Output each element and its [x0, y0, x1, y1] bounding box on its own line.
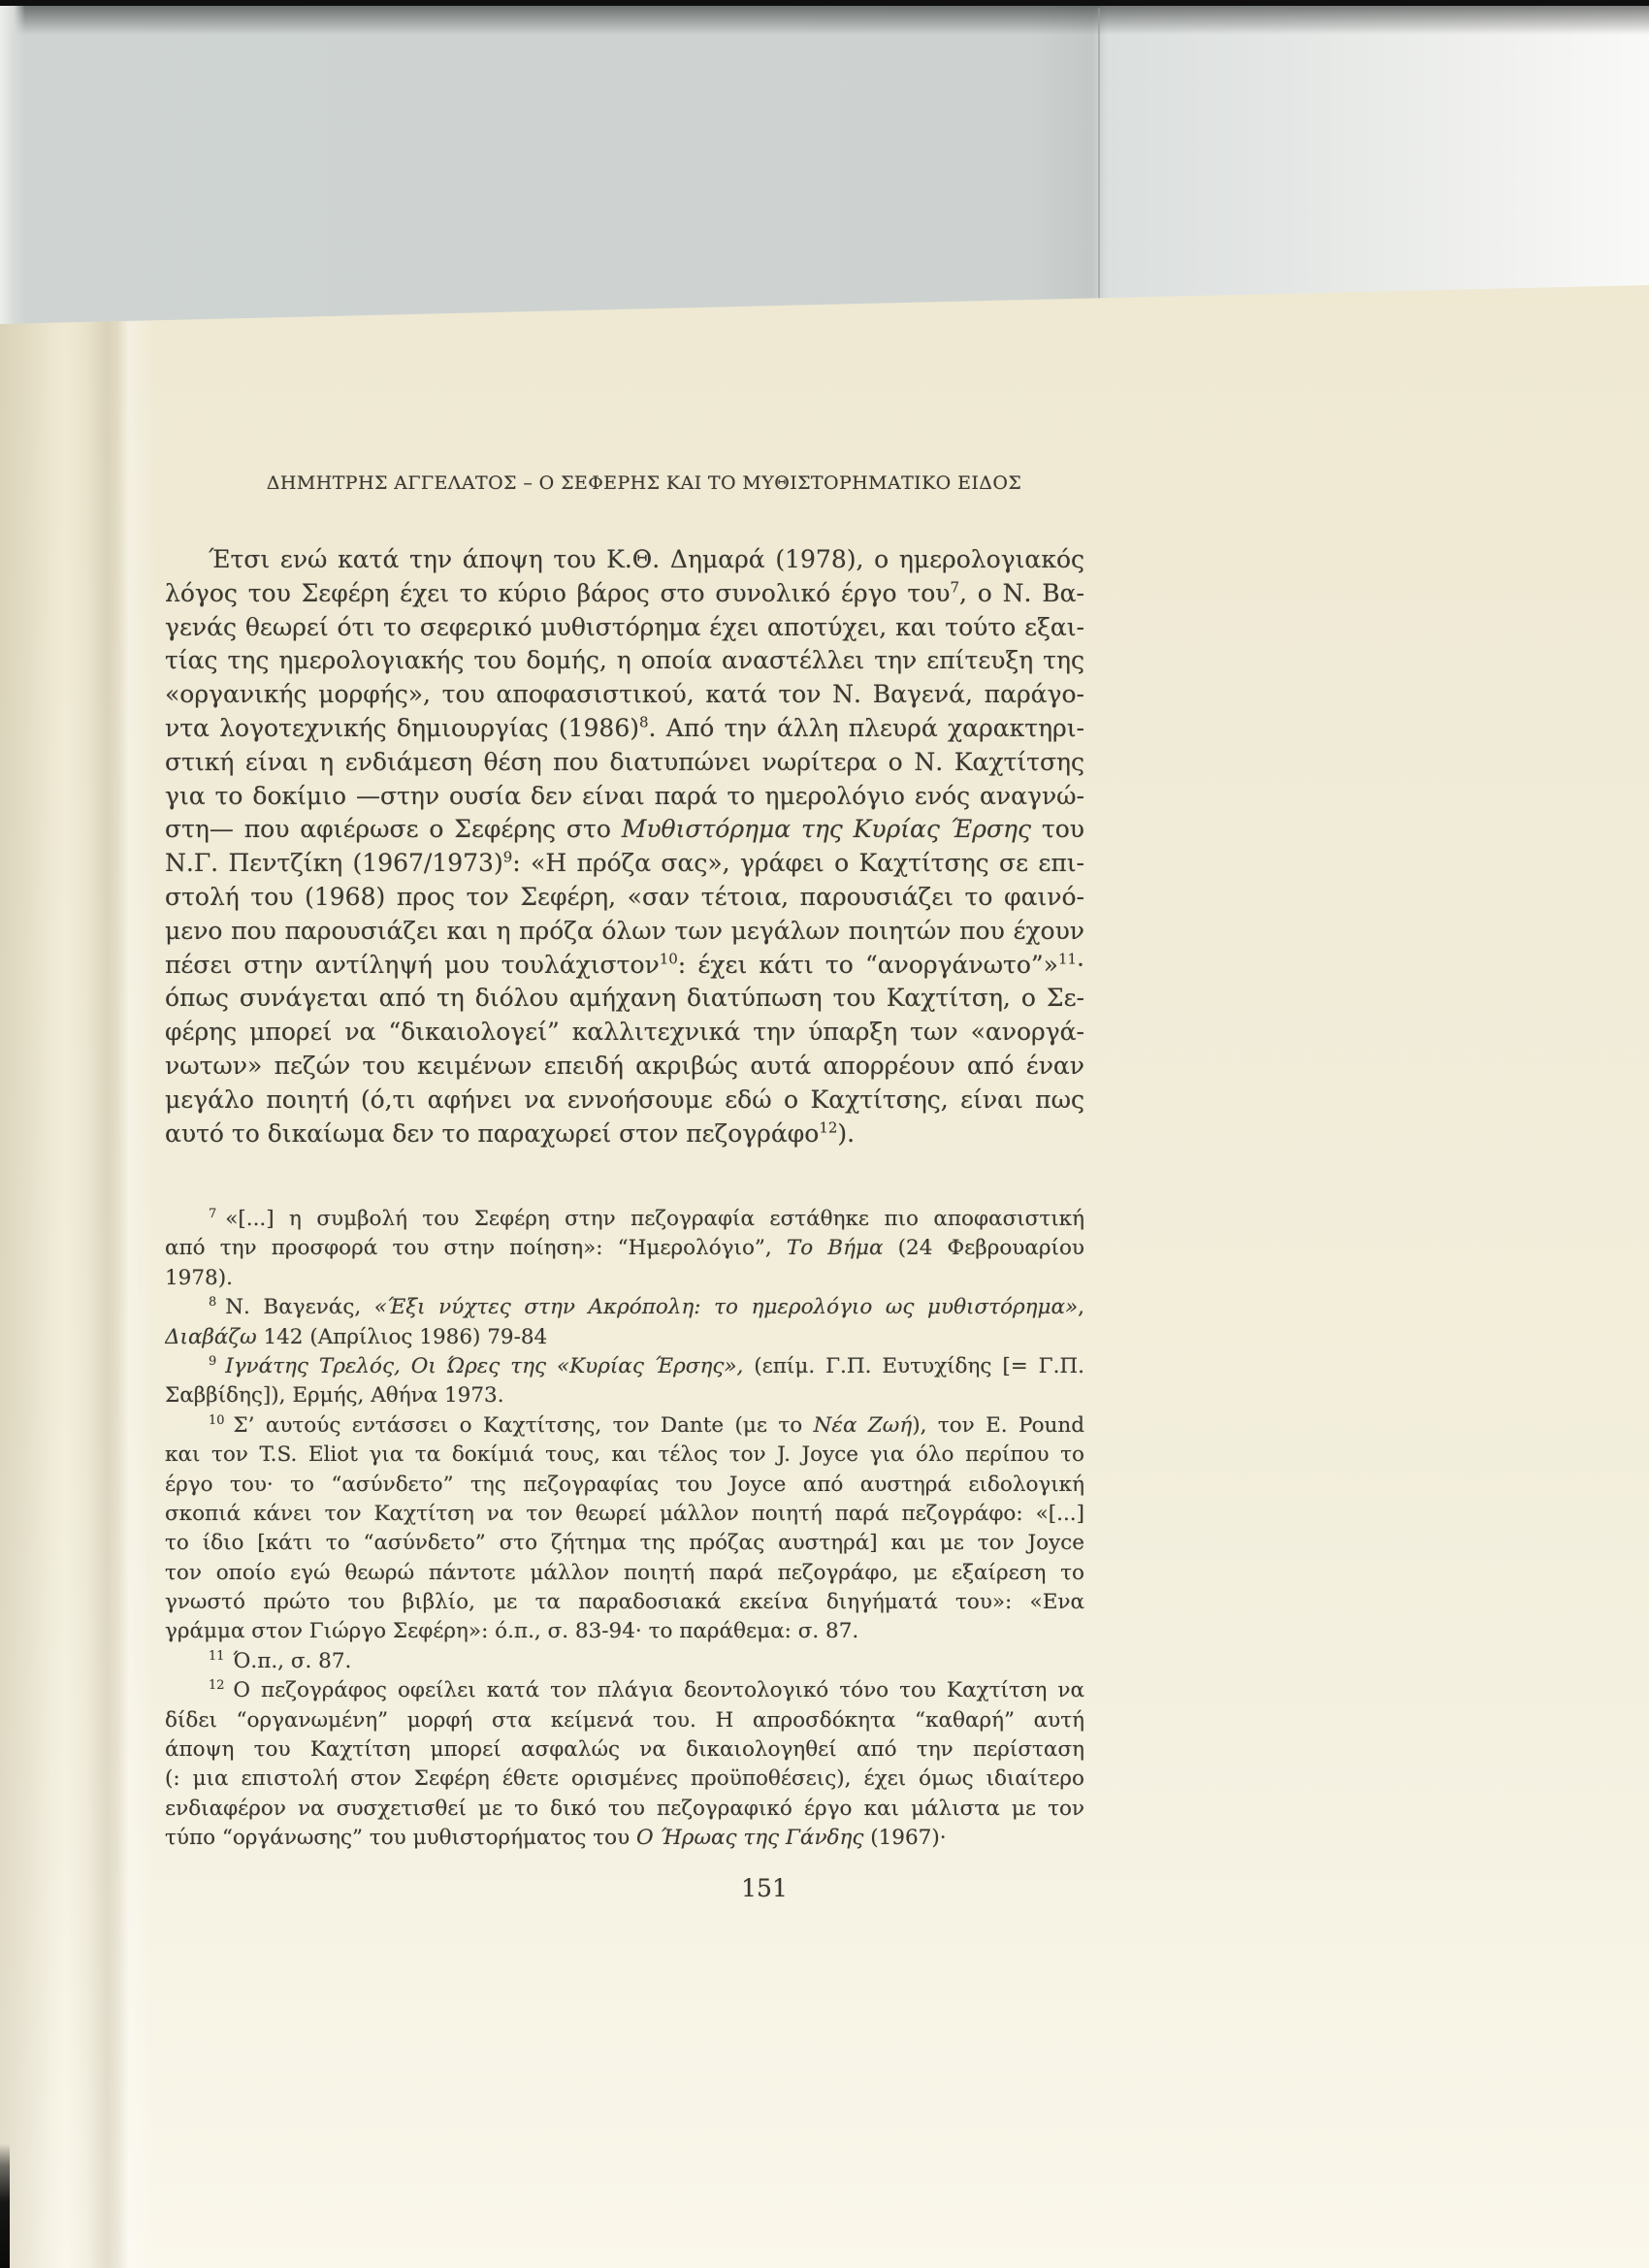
text-segment: για το δοκίμιο —στην ουσία δεν είναι παρ… [165, 782, 1084, 810]
text-line: αυτό το δικαίωμα δεν το παραχωρεί στον π… [165, 1118, 1084, 1151]
text-line: Σαββίδης]), Ερμής, Αθήνα 1973. [165, 1381, 1084, 1410]
text-segment: Διαβάζω [165, 1325, 257, 1349]
text-line: ντα λογοτεχνικής δημιουργίας (1986)8. Απ… [165, 712, 1084, 746]
text-segment: Το Βήμα [787, 1236, 884, 1260]
text-segment: ), τον E. Pound [912, 1413, 1084, 1438]
text-segment: σκοπιά κάνει τον Καχτίτση να τον θεωρεί … [165, 1502, 1084, 1526]
text-segment: Ν. Βαγενάς, [225, 1295, 374, 1319]
text-segment: δίδει “οργανωμένη” μορφή στα κείμενά του… [165, 1708, 1084, 1733]
text-line: ενδιαφέρον να συσχετισθεί με το δικό του… [165, 1795, 1084, 1824]
text-line: το ίδιο [κάτι το “ασύνδετο” στο ζήτημα τ… [165, 1529, 1084, 1558]
text-line: πέσει στην αντίληψή μου τουλάχιστον10: έ… [165, 949, 1084, 983]
footnote-reference: 9 [503, 849, 513, 866]
text-segment: γνωστό πρώτο του βιβλίο, με τα παραδοσια… [165, 1590, 1084, 1614]
text-segment: Ν.Γ. Πεντζίκη (1967/1973) [165, 849, 503, 877]
text-line: στική είναι η ενδιάμεση θέση που διατυπώ… [165, 746, 1084, 780]
text-line: μεγάλο ποιητή (ό,τι αφήνει να εννοήσουμε… [165, 1084, 1084, 1118]
text-line: γενάς θεωρεί ότι το σεφερικό μυθιστόρημα… [165, 611, 1084, 645]
footnote-reference: 7 [951, 578, 960, 596]
text-segment: στολή του (1968) προς τον Σεφέρη, «σαν τ… [165, 883, 1084, 911]
text-segment: (24 Φεβρουαρίου [883, 1236, 1084, 1260]
scan-band-left-highlight [0, 6, 25, 330]
footnote-reference: 10 [209, 1413, 224, 1428]
text-segment: : έχει κάτι το “ανοργάνωτο”» [678, 951, 1058, 979]
text-line: τον οποίο εγώ θεωρώ πάντοτε μάλλον ποιητ… [165, 1559, 1084, 1588]
text-line: σκοπιά κάνει τον Καχτίτση να τον θεωρεί … [165, 1500, 1084, 1529]
text-segment: φέρης μπορεί να “δικαιολογεί” καλλιτεχνι… [165, 1018, 1084, 1046]
text-line: Διαβάζω 142 (Απρίλιος 1986) 79-84 [165, 1323, 1084, 1352]
text-segment: Ο πεζογράφος οφείλει κατά τον πλάγια δεο… [233, 1678, 1084, 1702]
text-line: Έτσι ενώ κατά την άποψη του Κ.Θ. Δημαρά … [165, 543, 1084, 577]
text-line: και τον T.S. Eliot για τα δοκίμιά τους, … [165, 1441, 1084, 1470]
text-segment: 142 (Απρίλιος 1986) 79-84 [257, 1325, 548, 1349]
bottom-left-scan-edge [0, 2144, 10, 2268]
scan-top-shadow [0, 6, 1649, 35]
text-segment: Μυθιστόρημα της Κυρίας Έρσης [622, 815, 1031, 843]
footnote: 12Ο πεζογράφος οφείλει κατά τον πλάγια δ… [165, 1676, 1084, 1853]
text-line: 8Ν. Βαγενάς, «Έξι νύχτες στην Ακρόπολη: … [165, 1293, 1084, 1322]
scan-band-seam [1098, 8, 1100, 299]
text-segment: μεγάλο ποιητή (ό,τι αφήνει να εννοήσουμε… [165, 1085, 1084, 1114]
text-segment: λόγος του Σεφέρη έχει το κύριο βάρος στο… [165, 579, 951, 607]
text-line: νωτων» πεζών του κειμένων επειδή ακριβώς… [165, 1050, 1084, 1084]
text-line: δίδει “οργανωμένη” μορφή στα κείμενά του… [165, 1706, 1084, 1735]
text-segment: τίας της ημερολογιακής του δομής, η οποί… [165, 646, 1084, 674]
text-segment: νωτων» πεζών του κειμένων επειδή ακριβώς… [165, 1052, 1084, 1080]
text-segment: αυτό το δικαίωμα δεν το παραχωρεί στον π… [165, 1119, 819, 1148]
text-segment: όπως συνάγεται από τη διόλου αμήχανη δια… [165, 984, 1084, 1012]
text-segment: «Έξι νύχτες στην Ακρόπολη: το ημερολόγιο… [374, 1295, 1078, 1319]
text-line: (: μια επιστολή στον Σεφέρη έθετε ορισμέ… [165, 1765, 1084, 1794]
text-line: 7«[...] η συμβολή του Σεφέρη στην πεζογρ… [165, 1205, 1084, 1234]
text-line: 1978). [165, 1264, 1084, 1293]
text-segment: Ό.π., σ. 87. [233, 1649, 351, 1673]
text-line: στολή του (1968) προς τον Σεφέρη, «σαν τ… [165, 881, 1084, 915]
footnote-reference: 10 [660, 950, 678, 967]
footnote: 11Ό.π., σ. 87. [165, 1647, 1084, 1676]
text-segment: ενδιαφέρον να συσχετισθεί με το δικό του… [165, 1797, 1084, 1821]
text-segment: τύπο “οργάνωσης” του μυθιστορήματος του [165, 1826, 636, 1850]
text-segment: Σ’ αυτούς εντάσσει ο Καχτίτσης, τον Dant… [233, 1413, 813, 1438]
page-number: 151 [724, 1874, 805, 1902]
running-head: ΔΗΜΗΤΡΗΣ ΑΓΓΕΛΑΤΟΣ – Ο ΣΕΦΕΡΗΣ ΚΑΙ ΤΟ ΜΥ… [165, 472, 1084, 494]
text-line: έργο του· το “ασύνδετο” της πεζογραφίας … [165, 1471, 1084, 1500]
text-line: τύπο “οργάνωσης” του μυθιστορήματος του … [165, 1824, 1084, 1853]
footnote: 7«[...] η συμβολή του Σεφέρη στην πεζογρ… [165, 1205, 1084, 1293]
text-segment: : «Η πρόζα σας», γράφει ο Καχτίτσης σε ε… [512, 849, 1084, 877]
text-segment: (επίμ. Γ.Π. Ευτυχίδης [= Γ.Π. [743, 1354, 1084, 1378]
text-line: «οργανικής μορφής», του αποφασιστικού, κ… [165, 678, 1084, 712]
text-segment: Έτσι ενώ κατά την άποψη του Κ.Θ. Δημαρά … [209, 545, 1084, 573]
footnote: 10Σ’ αυτούς εντάσσει ο Καχτίτσης, τον Da… [165, 1411, 1084, 1647]
text-line: όπως συνάγεται από τη διόλου αμήχανη δια… [165, 982, 1084, 1016]
text-segment: · [1077, 951, 1084, 979]
text-line: για το δοκίμιο —στην ουσία δεν είναι παρ… [165, 780, 1084, 814]
text-segment: Σαββίδης]), Ερμής, Αθήνα 1973. [165, 1383, 504, 1408]
text-segment: , [1078, 1295, 1084, 1319]
footnote: 9Ιγνάτης Τρελός, Οι Ώρες της «Κυρίας Έρσ… [165, 1352, 1084, 1411]
text-segment: και τον T.S. Eliot για τα δοκίμιά τους, … [165, 1442, 1084, 1467]
text-segment: έργο του· το “ασύνδετο” της πεζογραφίας … [165, 1473, 1084, 1497]
text-line: 10Σ’ αυτούς εντάσσει ο Καχτίτσης, τον Da… [165, 1411, 1084, 1441]
footnote-reference: 8 [639, 714, 649, 731]
text-line: από την προσφορά του στην ποίηση»: “Ημερ… [165, 1234, 1084, 1263]
text-segment: (: μια επιστολή στον Σεφέρη έθετε ορισμέ… [165, 1766, 1084, 1791]
scanner-lid-band [0, 0, 1649, 324]
text-segment: Νέα Ζωή [814, 1413, 913, 1438]
text-segment: του [1031, 815, 1084, 843]
text-segment: από την προσφορά του στην ποίηση»: “Ημερ… [165, 1236, 787, 1260]
footnote-reference: 11 [209, 1649, 224, 1664]
text-segment: «οργανικής μορφής», του αποφασιστικού, κ… [165, 680, 1084, 708]
footnote-reference: 11 [1058, 950, 1077, 967]
text-segment: το ίδιο [κάτι το “ασύνδετο” στο ζήτημα τ… [165, 1531, 1084, 1555]
text-segment: στική είναι η ενδιάμεση θέση που διατυπώ… [165, 748, 1084, 776]
text-segment: τον οποίο εγώ θεωρώ πάντοτε μάλλον ποιητ… [165, 1561, 1084, 1585]
text-line: 11Ό.π., σ. 87. [165, 1647, 1084, 1676]
text-line: 9Ιγνάτης Τρελός, Οι Ώρες της «Κυρίας Έρσ… [165, 1352, 1084, 1381]
text-line: 12Ο πεζογράφος οφείλει κατά τον πλάγια δ… [165, 1676, 1084, 1705]
text-segment: στη— που αφιέρωσε ο Σεφέρης στο [165, 815, 622, 843]
text-line: τίας της ημερολογιακής του δομής, η οποί… [165, 644, 1084, 678]
text-segment: «[...] η συμβολή του Σεφέρη στην πεζογρα… [225, 1207, 1084, 1231]
text-segment: γράμμα στον Γιώργο Σεφέρη»: ό.π., σ. 83-… [165, 1619, 858, 1643]
text-segment: , ο Ν. Βα- [959, 579, 1084, 607]
text-segment: μενο που παρουσιάζει και η πρόζα όλων τω… [165, 917, 1084, 945]
text-segment: γενάς θεωρεί ότι το σεφερικό μυθιστόρημα… [165, 613, 1084, 641]
text-line: φέρης μπορεί να “δικαιολογεί” καλλιτεχνι… [165, 1016, 1084, 1050]
text-segment: . Από την άλλη πλευρά χαρακτηρι- [649, 714, 1084, 742]
text-line: γράμμα στον Γιώργο Σεφέρη»: ό.π., σ. 83-… [165, 1617, 1084, 1646]
text-line: μενο που παρουσιάζει και η πρόζα όλων τω… [165, 915, 1084, 949]
text-segment: Ο Ήρωας της Γάνδης [636, 1826, 863, 1850]
text-line: λόγος του Σεφέρη έχει το κύριο βάρος στο… [165, 577, 1084, 611]
text-segment: (1967)· [863, 1826, 946, 1850]
footnote-reference: 7 [209, 1207, 216, 1221]
text-segment: ). [837, 1119, 855, 1148]
footnotes-section: 7«[...] η συμβολή του Σεφέρη στην πεζογρ… [165, 1205, 1084, 1854]
text-line: άποψη του Καχτίτση μπορεί ασφαλώς να δικ… [165, 1735, 1084, 1765]
text-segment: Ιγνάτης Τρελός, Οι Ώρες της «Κυρίας Έρση… [225, 1354, 743, 1378]
footnote-reference: 12 [819, 1118, 837, 1136]
footnote: 8Ν. Βαγενάς, «Έξι νύχτες στην Ακρόπολη: … [165, 1293, 1084, 1352]
text-segment: ντα λογοτεχνικής δημιουργίας (1986) [165, 714, 639, 742]
text-line: στη— που αφιέρωσε ο Σεφέρης στο Μυθιστόρ… [165, 813, 1084, 847]
text-segment: άποψη του Καχτίτση μπορεί ασφαλώς να δικ… [165, 1737, 1084, 1762]
footnote-reference: 8 [209, 1295, 216, 1310]
text-line: γνωστό πρώτο του βιβλίο, με τα παραδοσια… [165, 1588, 1084, 1617]
text-segment: πέσει στην αντίληψή μου τουλάχιστον [165, 951, 660, 979]
text-segment: 1978). [165, 1266, 233, 1290]
footnote-reference: 12 [209, 1678, 224, 1693]
footnote-reference: 9 [209, 1354, 216, 1369]
body-paragraph: Έτσι ενώ κατά την άποψη του Κ.Θ. Δημαρά … [165, 543, 1084, 1150]
text-line: Ν.Γ. Πεντζίκη (1967/1973)9: «Η πρόζα σας… [165, 847, 1084, 881]
scanned-book-page: ΔΗΜΗΤΡΗΣ ΑΓΓΕΛΑΤΟΣ – Ο ΣΕΦΕΡΗΣ ΚΑΙ ΤΟ ΜΥ… [0, 0, 1649, 2268]
